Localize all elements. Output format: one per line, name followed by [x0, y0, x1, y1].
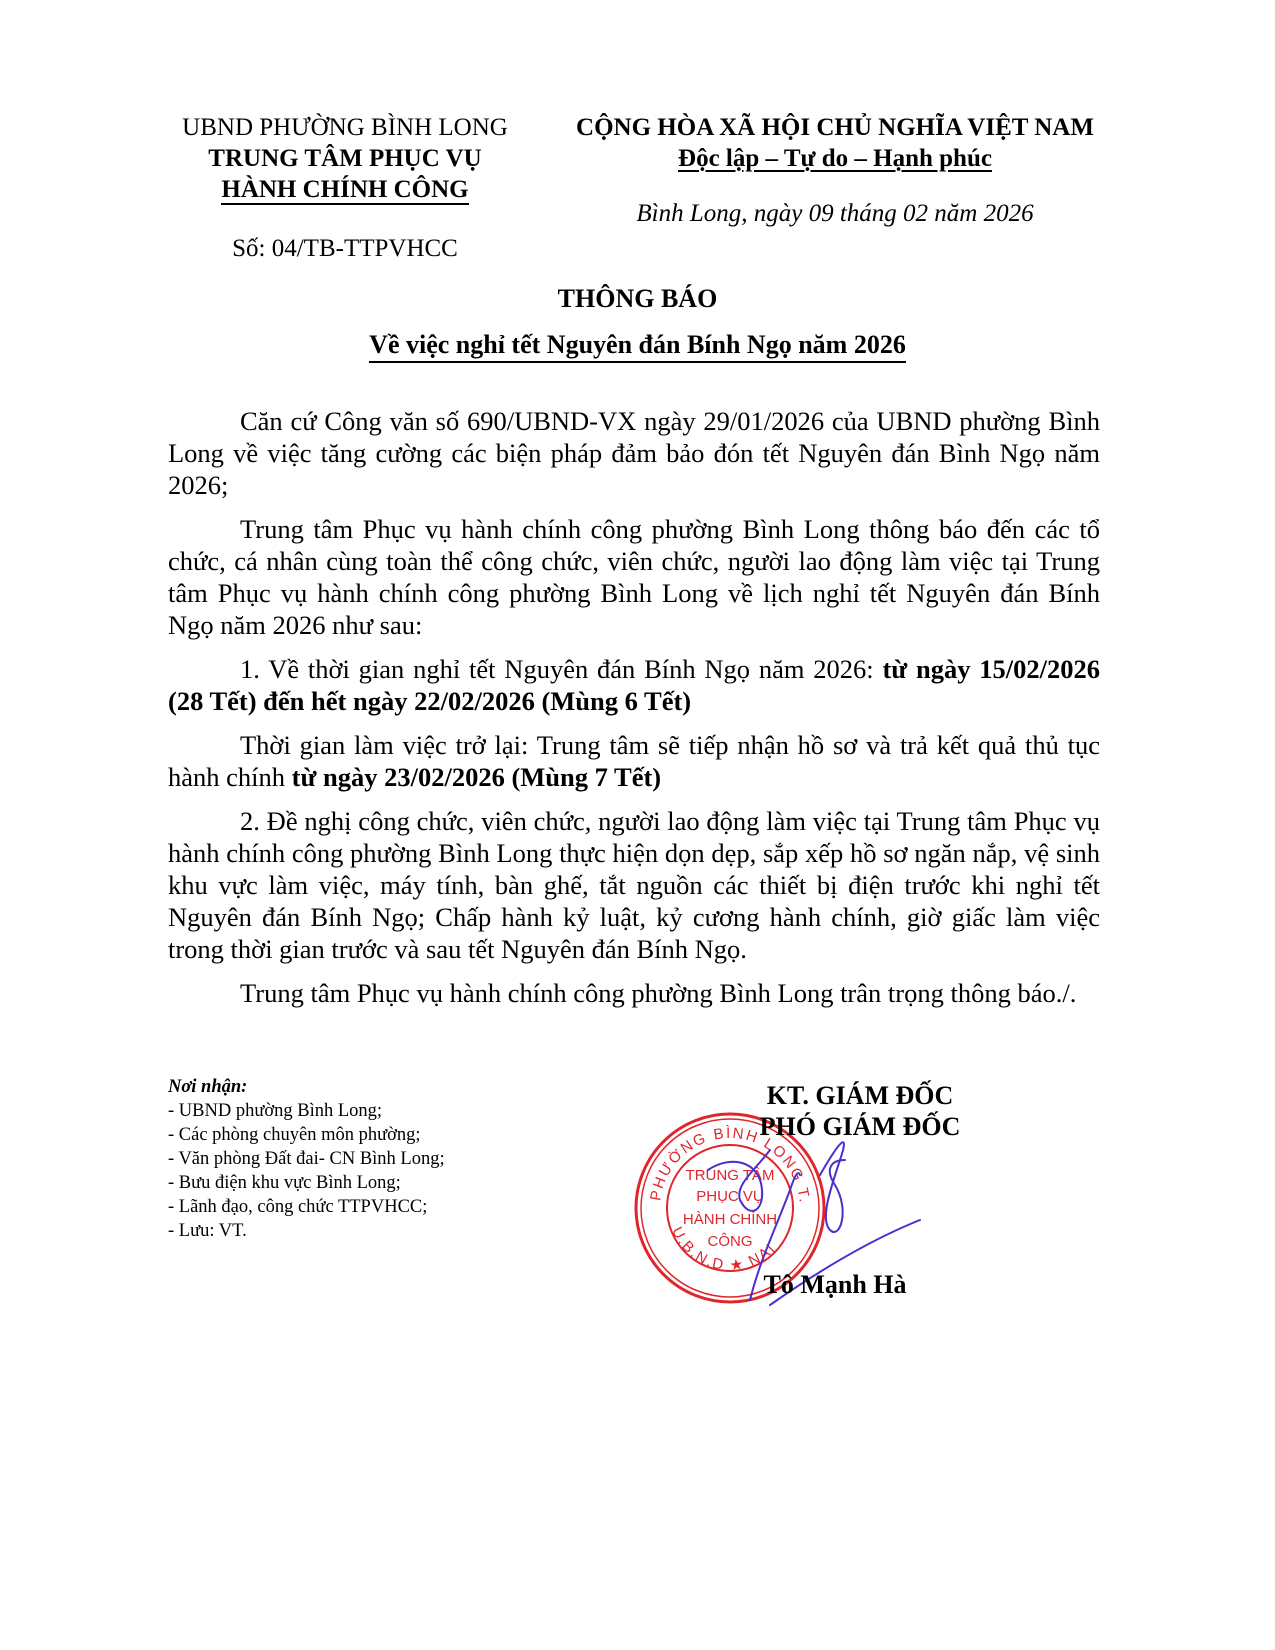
document-subtitle-text: Về việc nghỉ tết Nguyên đán Bính Ngọ năm… [369, 330, 906, 363]
recipient-item: - UBND phường Bình Long; [168, 1099, 548, 1123]
document-title: THÔNG BÁO [0, 284, 1275, 314]
resume-work-date: từ ngày 23/02/2026 (Mùng 7 Tết) [292, 762, 662, 792]
paragraph-announcement: Trung tâm Phục vụ hành chính công phường… [168, 513, 1100, 641]
place-and-date: Bình Long, ngày 09 tháng 02 năm 2026 [545, 198, 1125, 229]
recipient-item: - Bưu điện khu vực Bình Long; [168, 1171, 548, 1195]
paragraph-resume-work: Thời gian làm việc trở lại: Trung tâm sẽ… [168, 729, 1100, 793]
national-header: CỘNG HÒA XÃ HỘI CHỦ NGHĨA VIỆT NAM Độc l… [545, 112, 1125, 229]
signer-name: Tô Mạnh Hà [735, 1270, 935, 1300]
paragraph-holiday-period: 1. Về thời gian nghỉ tết Nguyên đán Bính… [168, 653, 1100, 717]
org-name-line2: HÀNH CHÍNH CÔNG [165, 174, 525, 205]
recipient-item: - Lưu: VT. [168, 1219, 548, 1243]
paragraph-legal-basis: Căn cứ Công văn số 690/UBND-VX ngày 29/0… [168, 405, 1100, 501]
paragraph-requests: 2. Đề nghị công chức, viên chức, người l… [168, 805, 1100, 965]
document-subtitle: Về việc nghỉ tết Nguyên đán Bính Ngọ năm… [0, 330, 1275, 360]
signing-authority: KT. GIÁM ĐỐC [640, 1080, 1080, 1111]
paragraph-closing: Trung tâm Phục vụ hành chính công phường… [168, 977, 1100, 1009]
national-motto: Độc lập – Tự do – Hạnh phúc [545, 143, 1125, 174]
recipient-item: - Văn phòng Đất đai- CN Bình Long; [168, 1147, 548, 1171]
org-name-line2-text: HÀNH CHÍNH CÔNG [221, 177, 468, 205]
recipient-item: - Lãnh đạo, công chức TTPVHCC; [168, 1195, 548, 1219]
recipients-list: Nơi nhận: - UBND phường Bình Long; - Các… [168, 1075, 548, 1243]
org-name-line1: TRUNG TÂM PHỤC VỤ [165, 143, 525, 174]
authority-name: UBND PHƯỜNG BÌNH LONG [165, 112, 525, 143]
document-number: Số: 04/TB-TTPVHCC [165, 233, 525, 264]
document-body: Căn cứ Công văn số 690/UBND-VX ngày 29/0… [168, 405, 1100, 1021]
recipient-item: - Các phòng chuyên môn phường; [168, 1123, 548, 1147]
holiday-period-label: 1. Về thời gian nghỉ tết Nguyên đán Bính… [240, 654, 882, 684]
country-name: CỘNG HÒA XÃ HỘI CHỦ NGHĨA VIỆT NAM [545, 112, 1125, 143]
recipients-heading: Nơi nhận: [168, 1075, 548, 1099]
issuing-agency-header: UBND PHƯỜNG BÌNH LONG TRUNG TÂM PHỤC VỤ … [165, 112, 525, 264]
